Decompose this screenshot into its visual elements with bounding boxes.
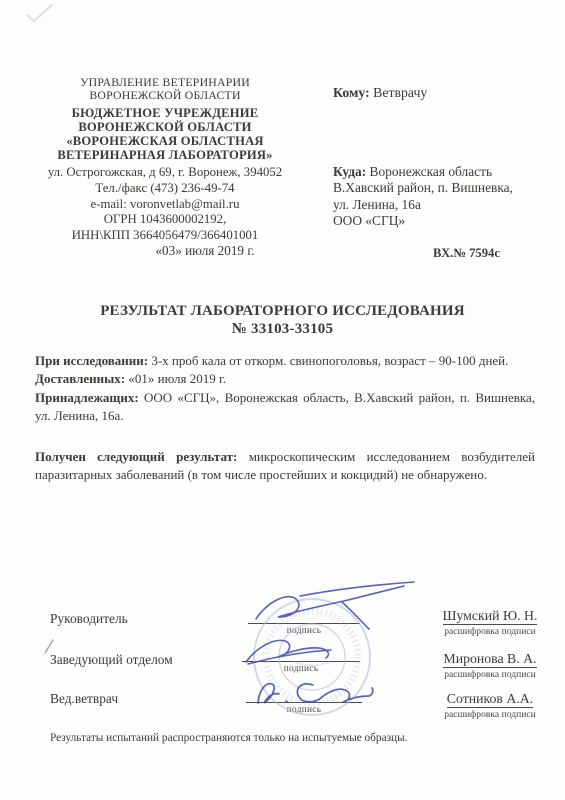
signature-name-1: Шумский Ю. Н. — [426, 608, 554, 624]
where-line: ул. Ленина, 16а — [333, 197, 551, 213]
document-body: При исследовании: 3-х проб кала от откор… — [35, 352, 535, 484]
where-line: В.Хавский район, п. Вишневка, — [333, 180, 551, 196]
title-line-1: РЕЗУЛЬТАТ ЛАБОРАТОРНОГО ИССЛЕДОВАНИЯ — [0, 303, 565, 321]
recipient-address: Куда: Воронежская область В.Хавский райо… — [333, 164, 551, 230]
organization-line: ВЕТЕРИНАРНАЯ ЛАБОРАТОРИЯ» — [28, 148, 302, 162]
signature-transcript-1: расшифровка подписи — [426, 626, 554, 637]
signature-caption-1: подпись — [248, 626, 360, 636]
signature-line-3 — [246, 702, 362, 703]
authority-line: ВОРОНЕЖСКОЙ ОБЛАСТИ — [28, 89, 302, 102]
pencil-check-mark — [27, 5, 52, 21]
owner-label: Принадлежащих: — [35, 390, 139, 405]
where-label: Куда: — [333, 164, 366, 179]
signature-name-text: Миронова В. А. — [443, 651, 536, 668]
signature-name-3: Сотников А.А. — [426, 691, 554, 707]
sender-ogrn: ОГРН 1043600002192, — [28, 212, 302, 228]
incoming-number: ВХ.№ 7594с — [433, 246, 500, 261]
signature-line-1 — [248, 623, 360, 624]
owner-line: Принадлежащих: ООО «СГЦ», Воронежская об… — [35, 389, 535, 426]
organization-line: «ВОРОНЕЖСКАЯ ОБЛАСТНАЯ — [28, 134, 302, 148]
result-label: Получен следующий результат: — [35, 449, 237, 464]
where-line: Куда: Воронежская область — [333, 164, 551, 180]
result-line: Получен следующий результат: микроскопич… — [35, 430, 535, 485]
signature-caption-3: подпись — [246, 705, 362, 715]
to-value: Ветврачу — [373, 85, 427, 100]
signature-ink-3 — [258, 684, 373, 703]
research-line: При исследовании: 3-х проб кала от откор… — [35, 352, 535, 370]
signature-name-text: Шумский Ю. Н. — [443, 608, 538, 625]
scanned-document: УПРАВЛЕНИЕ ВЕТЕРИНАРИИ ВОРОНЕЖСКОЙ ОБЛАС… — [0, 0, 565, 800]
sender-email: e-mail: voronvetlab@mail.ru — [28, 197, 302, 213]
research-text: 3-х проб кала от откорм. свинопоголовья,… — [151, 353, 508, 368]
signature-transcript-3: расшифровка подписи — [426, 709, 554, 720]
signature-name-2: Миронова В. А. — [426, 651, 554, 667]
document-date: «03» июля 2019 г. — [100, 243, 310, 259]
round-stamp-seal — [254, 599, 370, 715]
organization-name: БЮДЖЕТНОЕ УЧРЕЖДЕНИЕ ВОРОНЕЖСКОЙ ОБЛАСТИ… — [28, 106, 302, 162]
delivered-label: Доставленных: — [35, 371, 125, 386]
signature-caption-2: подпись — [242, 664, 360, 674]
organization-line: БЮДЖЕТНОЕ УЧРЕЖДЕНИЕ — [28, 106, 302, 120]
signature-line-2 — [242, 661, 360, 662]
signature-transcript-2: расшифровка подписи — [426, 669, 554, 680]
sender-block: УПРАВЛЕНИЕ ВЕТЕРИНАРИИ ВОРОНЕЖСКОЙ ОБЛАС… — [28, 76, 302, 244]
delivered-line: Доставленных: «01» июля 2019 г. — [35, 370, 535, 388]
recipient-to: Кому: Ветврачу — [333, 85, 548, 101]
signature-name-text: Сотников А.А. — [447, 691, 533, 708]
research-label: При исследовании: — [35, 353, 148, 368]
where-value: Воронежская область — [370, 164, 493, 179]
where-line: ООО «СГЦ» — [333, 213, 551, 229]
signature-role-2: Заведующий отделом — [50, 652, 173, 668]
signature-ink-1 — [256, 582, 414, 629]
signature-role-1: Руководитель — [50, 611, 128, 627]
sender-inn: ИНН\КПП 3664056479/366401001 — [28, 228, 302, 244]
delivered-text: «01» июля 2019 г. — [128, 371, 226, 386]
sender-address: ул. Острогожская, д 69, г. Воронеж, 3940… — [28, 165, 302, 181]
to-label: Кому: — [333, 85, 370, 100]
organization-line: ВОРОНЕЖСКОЙ ОБЛАСТИ — [28, 120, 302, 134]
signature-role-3: Вед.ветврач — [50, 691, 118, 707]
document-title: РЕЗУЛЬТАТ ЛАБОРАТОРНОГО ИССЛЕДОВАНИЯ № 3… — [0, 303, 565, 338]
title-line-2: № 33103-33105 — [0, 321, 565, 339]
sender-phone: Тел./факс (473) 236-49-74 — [28, 181, 302, 197]
footer-note: Результаты испытаний распространяются то… — [50, 732, 408, 744]
sender-contacts: ул. Острогожская, д 69, г. Воронеж, 3940… — [28, 165, 302, 244]
